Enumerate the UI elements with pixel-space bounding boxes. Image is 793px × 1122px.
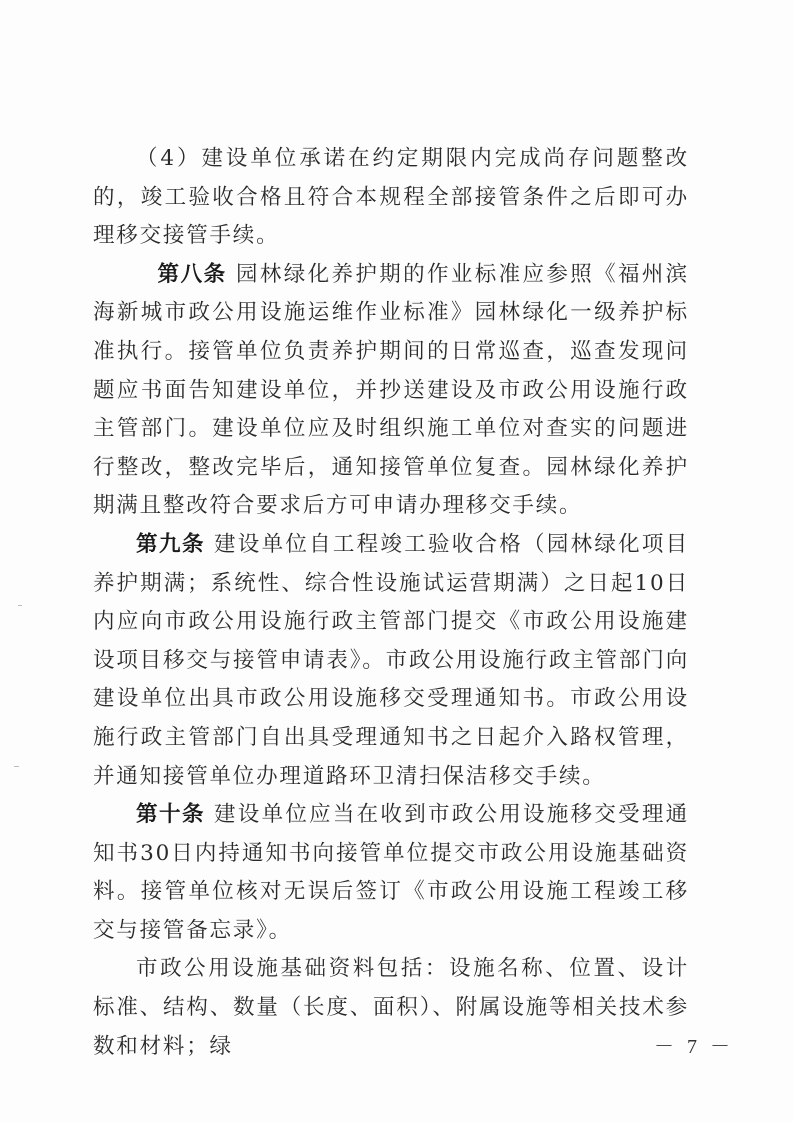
paragraph-item-4: （4）建设单位承诺在约定期限内完成尚存问题整改的，竣工验收合格且符合本规程全部接… (93, 140, 689, 256)
paragraph-article-9: 第九条 建设单位自工程竣工验收合格（园林绿化项目养护期满；系统性、综合性设施试运… (93, 526, 689, 796)
article-heading: 第九条 (136, 532, 205, 557)
article-heading: 第八条 (158, 262, 227, 287)
paragraph-article-8: 第八条 园林绿化养护期的作业标准应参照《福州滨海新城市政公用设施运维作业标准》园… (93, 256, 689, 526)
paragraph-article-10: 第十条 建设单位应当在收到市政公用设施移交受理通知书30日内持通知书向接管单位提… (93, 796, 689, 950)
page-number: － 7 － (654, 1030, 734, 1059)
paragraph-text: 园林绿化养护期的作业标准应参照《福州滨海新城市政公用设施运维作业标准》园林绿化一… (93, 262, 689, 519)
scan-artifact (14, 766, 19, 767)
page-body: （4）建设单位承诺在约定期限内完成尚存问题整改的，竣工验收合格且符合本规程全部接… (93, 140, 689, 1066)
paragraph-text: （4）建设单位承诺在约定期限内完成尚存问题整改的，竣工验收合格且符合本规程全部接… (93, 146, 689, 248)
paragraph-text: 市政公用设施基础资料包括：设施名称、位置、设计标准、结构、数量（长度、面积）、附… (93, 956, 689, 1058)
document-page: （4）建设单位承诺在约定期限内完成尚存问题整改的，竣工验收合格且符合本规程全部接… (0, 0, 793, 1122)
paragraph-text: 建设单位自工程竣工验收合格（园林绿化项目养护期满；系统性、综合性设施试运营期满）… (93, 532, 689, 789)
scan-artifact (18, 605, 22, 606)
paragraph-basic-materials: 市政公用设施基础资料包括：设施名称、位置、设计标准、结构、数量（长度、面积）、附… (93, 950, 689, 1066)
article-heading: 第十条 (136, 802, 205, 827)
